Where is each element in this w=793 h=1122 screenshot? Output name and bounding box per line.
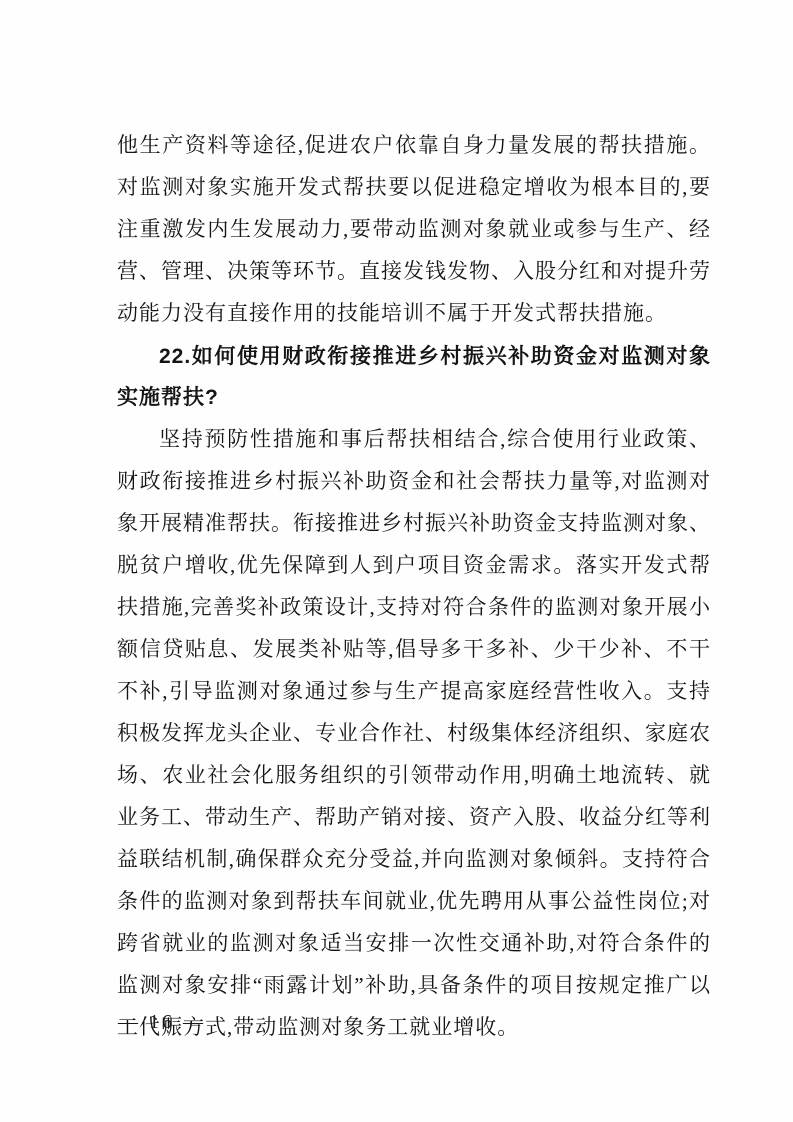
page-number: — 16 — bbox=[118, 1008, 206, 1036]
paragraph-continuation: 他生产资料等途径,促进农户依靠自身力量发展的帮扶措施。对监测对象实施开发式帮扶要… bbox=[117, 124, 711, 334]
document-page: 他生产资料等途径,促进农户依靠自身力量发展的帮扶措施。对监测对象实施开发式帮扶要… bbox=[0, 0, 793, 1122]
page-content: 他生产资料等途径,促进农户依靠自身力量发展的帮扶措施。对监测对象实施开发式帮扶要… bbox=[117, 124, 711, 1048]
answer-paragraph: 坚持预防性措施和事后帮扶相结合,综合使用行业政策、财政衔接推进乡村振兴补助资金和… bbox=[117, 418, 711, 1048]
question-22-heading: 22.如何使用财政衔接推进乡村振兴补助资金对监测对象实施帮扶? bbox=[117, 336, 711, 418]
